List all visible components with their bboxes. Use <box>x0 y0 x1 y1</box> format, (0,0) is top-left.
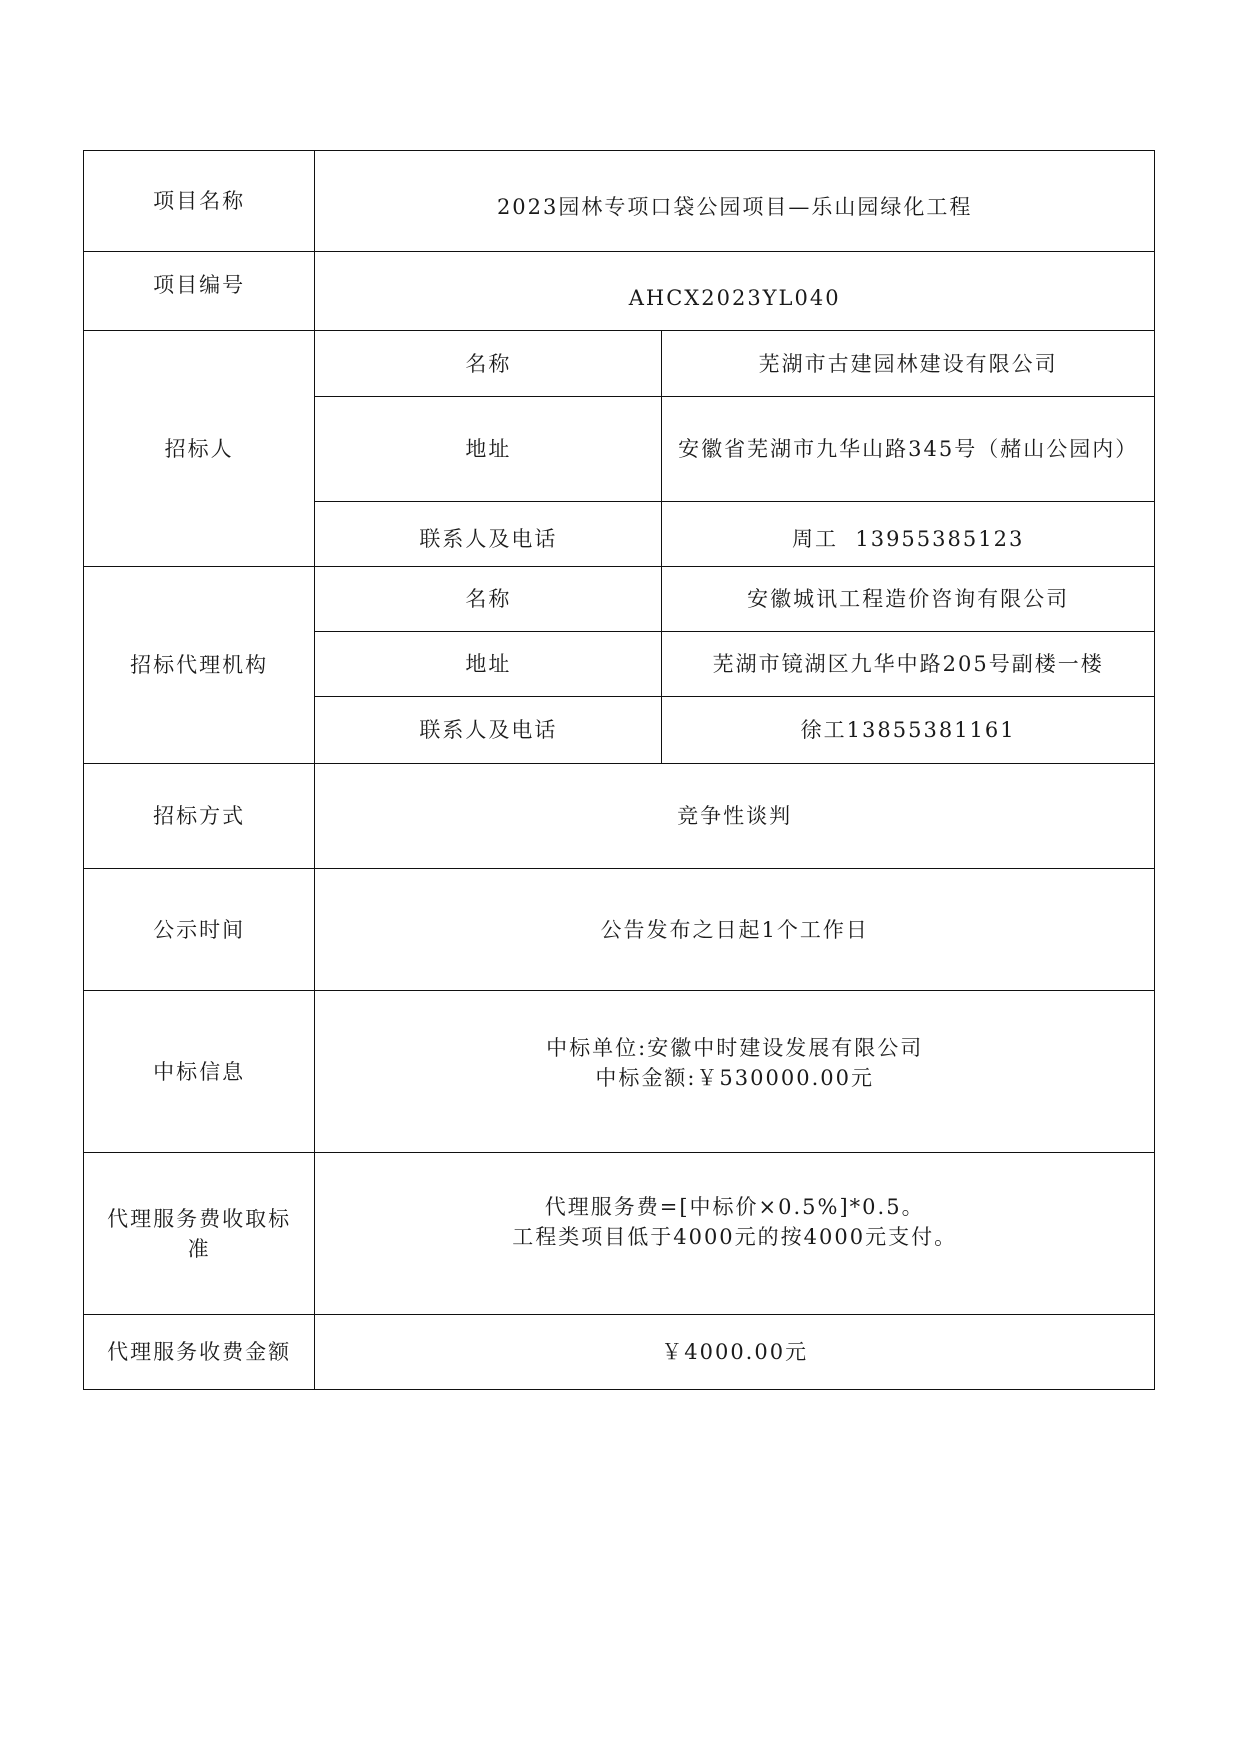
method-label: 招标方式 <box>84 764 315 869</box>
fee-standard-label: 代理服务费收取标准 <box>84 1153 315 1315</box>
tenderer-name-label: 名称 <box>315 331 662 397</box>
award-notice-table: 项目名称 2023园林专项口袋公园项目—乐山园绿化工程 项目编号 AHCX202… <box>83 150 1155 1390</box>
project-code-label: 项目编号 <box>84 252 315 331</box>
row-agency-name: 招标代理机构 名称 安徽城讯工程造价咨询有限公司 <box>84 567 1155 632</box>
agency-contact-label: 联系人及电话 <box>315 697 662 764</box>
project-code-value: AHCX2023YL040 <box>315 252 1155 331</box>
agency-address-label: 地址 <box>315 632 662 697</box>
agency-name-label: 名称 <box>315 567 662 632</box>
publicity-value: 公告发布之日起1个工作日 <box>315 869 1155 991</box>
tenderer-address-label: 地址 <box>315 397 662 502</box>
row-tenderer-name: 招标人 名称 芜湖市古建园林建设有限公司 <box>84 331 1155 397</box>
tenderer-label: 招标人 <box>84 331 315 567</box>
winner-company: 中标单位:安徽中时建设发展有限公司 <box>323 1033 1146 1063</box>
method-value: 竞争性谈判 <box>315 764 1155 869</box>
row-project-name: 项目名称 2023园林专项口袋公园项目—乐山园绿化工程 <box>84 151 1155 252</box>
tenderer-contact-label: 联系人及电话 <box>315 502 662 567</box>
winner-label: 中标信息 <box>84 991 315 1153</box>
agency-name-value: 安徽城讯工程造价咨询有限公司 <box>662 567 1155 632</box>
row-publicity: 公示时间 公告发布之日起1个工作日 <box>84 869 1155 991</box>
tenderer-name-value: 芜湖市古建园林建设有限公司 <box>662 331 1155 397</box>
row-fee-amount: 代理服务收费金额 ￥4000.00元 <box>84 1315 1155 1390</box>
fee-amount-label: 代理服务收费金额 <box>84 1315 315 1390</box>
row-winner: 中标信息 中标单位:安徽中时建设发展有限公司 中标金额:￥530000.00元 <box>84 991 1155 1153</box>
row-fee-standard: 代理服务费收取标准 代理服务费=[中标价×0.5%]*0.5。 工程类项目低于4… <box>84 1153 1155 1315</box>
winner-info: 中标单位:安徽中时建设发展有限公司 中标金额:￥530000.00元 <box>315 991 1155 1153</box>
row-method: 招标方式 竞争性谈判 <box>84 764 1155 869</box>
fee-standard-info: 代理服务费=[中标价×0.5%]*0.5。 工程类项目低于4000元的按4000… <box>315 1153 1155 1315</box>
publicity-label: 公示时间 <box>84 869 315 991</box>
row-project-code: 项目编号 AHCX2023YL040 <box>84 252 1155 331</box>
project-name-value: 2023园林专项口袋公园项目—乐山园绿化工程 <box>315 151 1155 252</box>
agency-label: 招标代理机构 <box>84 567 315 764</box>
fee-formula: 代理服务费=[中标价×0.5%]*0.5。 <box>323 1192 1146 1222</box>
agency-address-value: 芜湖市镜湖区九华中路205号副楼一楼 <box>662 632 1155 697</box>
project-name-label: 项目名称 <box>84 151 315 252</box>
fee-minimum: 工程类项目低于4000元的按4000元支付。 <box>323 1222 1146 1252</box>
tenderer-contact-value: 周工 13955385123 <box>662 502 1155 567</box>
fee-amount-value: ￥4000.00元 <box>315 1315 1155 1390</box>
tenderer-address-value: 安徽省芜湖市九华山路345号（赭山公园内） <box>662 397 1155 502</box>
agency-contact-value: 徐工13855381161 <box>662 697 1155 764</box>
winner-amount: 中标金额:￥530000.00元 <box>323 1063 1146 1093</box>
